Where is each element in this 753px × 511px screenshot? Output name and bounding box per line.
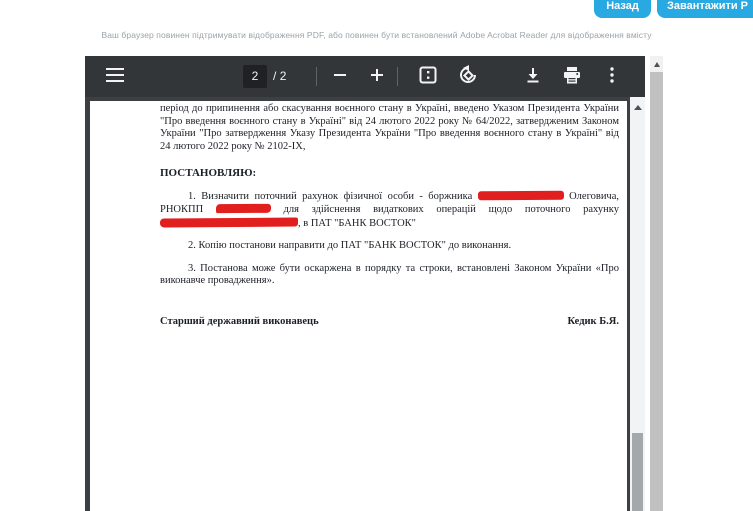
paragraph-2: 2. Копію постанови направити до ПАТ "БАН… [160,240,619,253]
viewer-scrollbar-thumb[interactable] [632,433,643,511]
fit-to-page-icon [418,65,438,88]
pdf-viewer: 2 / 2 [85,56,645,511]
toolbar-divider [397,67,398,86]
rotate-counterclockwise-icon [458,65,478,88]
download-pdf-button[interactable] [518,56,548,97]
triangle-up-icon [634,105,642,110]
paragraph-1: 1. Визначити поточний рахунок фізичної о… [160,190,619,231]
paragraph-3: 3. Постанова може бути оскаржена в поряд… [160,263,619,288]
zoom-in-button[interactable] [363,56,391,97]
signature-role: Старший державний виконавець [160,316,319,329]
redaction-tax-id [216,204,271,213]
paragraph-1-text: , в ПАТ "БАНК ВОСТОК" [298,218,416,229]
minus-icon [332,67,348,86]
page: Назад Завантажити Р Ваш браузер повинен … [0,0,753,511]
triangle-up-icon [654,62,660,67]
download-result-button[interactable]: Завантажити Р [657,0,753,18]
more-options-button[interactable] [599,56,625,97]
page-number-input[interactable]: 2 [243,65,267,88]
document-heading: ПОСТАНОВЛЯЮ: [160,167,619,180]
signature-row: Старший державний виконавець Кедик Б.Я. [160,316,619,329]
zoom-out-button[interactable] [326,56,354,97]
pdf-support-notice: Ваш браузер повинен підтримувати відобра… [0,30,753,40]
document-text: період до припинення або скасування воєн… [160,103,619,328]
outer-scrollbar-thumb[interactable] [650,72,663,511]
rotate-button[interactable] [453,56,483,97]
menu-button[interactable] [99,56,131,97]
redaction-name [478,190,564,200]
outer-scroll-up-arrow[interactable] [650,58,663,70]
paragraph-intro: період до припинення або скасування воєн… [160,103,619,153]
signature-name: Кедик Б.Я. [567,316,619,329]
redaction-account-number [160,217,298,227]
hamburger-icon [106,68,124,85]
page-count-label: / 2 [273,56,286,97]
outer-scrollbar[interactable] [650,56,663,511]
more-vertical-icon [610,67,614,86]
viewer-scrollbar[interactable] [630,97,645,511]
paragraph-1-text: 1. Визначити поточний рахунок фізичної о… [188,191,478,202]
scroll-up-arrow[interactable] [630,101,645,113]
pdf-toolbar: 2 / 2 [85,56,645,97]
plus-icon [369,67,385,86]
toolbar-divider [316,67,317,86]
pdf-canvas-area: період до припинення або скасування воєн… [85,97,645,511]
paragraph-1-text: для здійснення видаткових операцій щодо … [271,204,619,215]
back-button[interactable]: Назад [594,0,651,18]
print-icon [563,67,581,87]
print-button[interactable] [557,56,587,97]
download-icon [525,67,541,86]
document-page: період до припинення або скасування воєн… [90,101,627,511]
fit-to-page-button[interactable] [413,56,443,97]
